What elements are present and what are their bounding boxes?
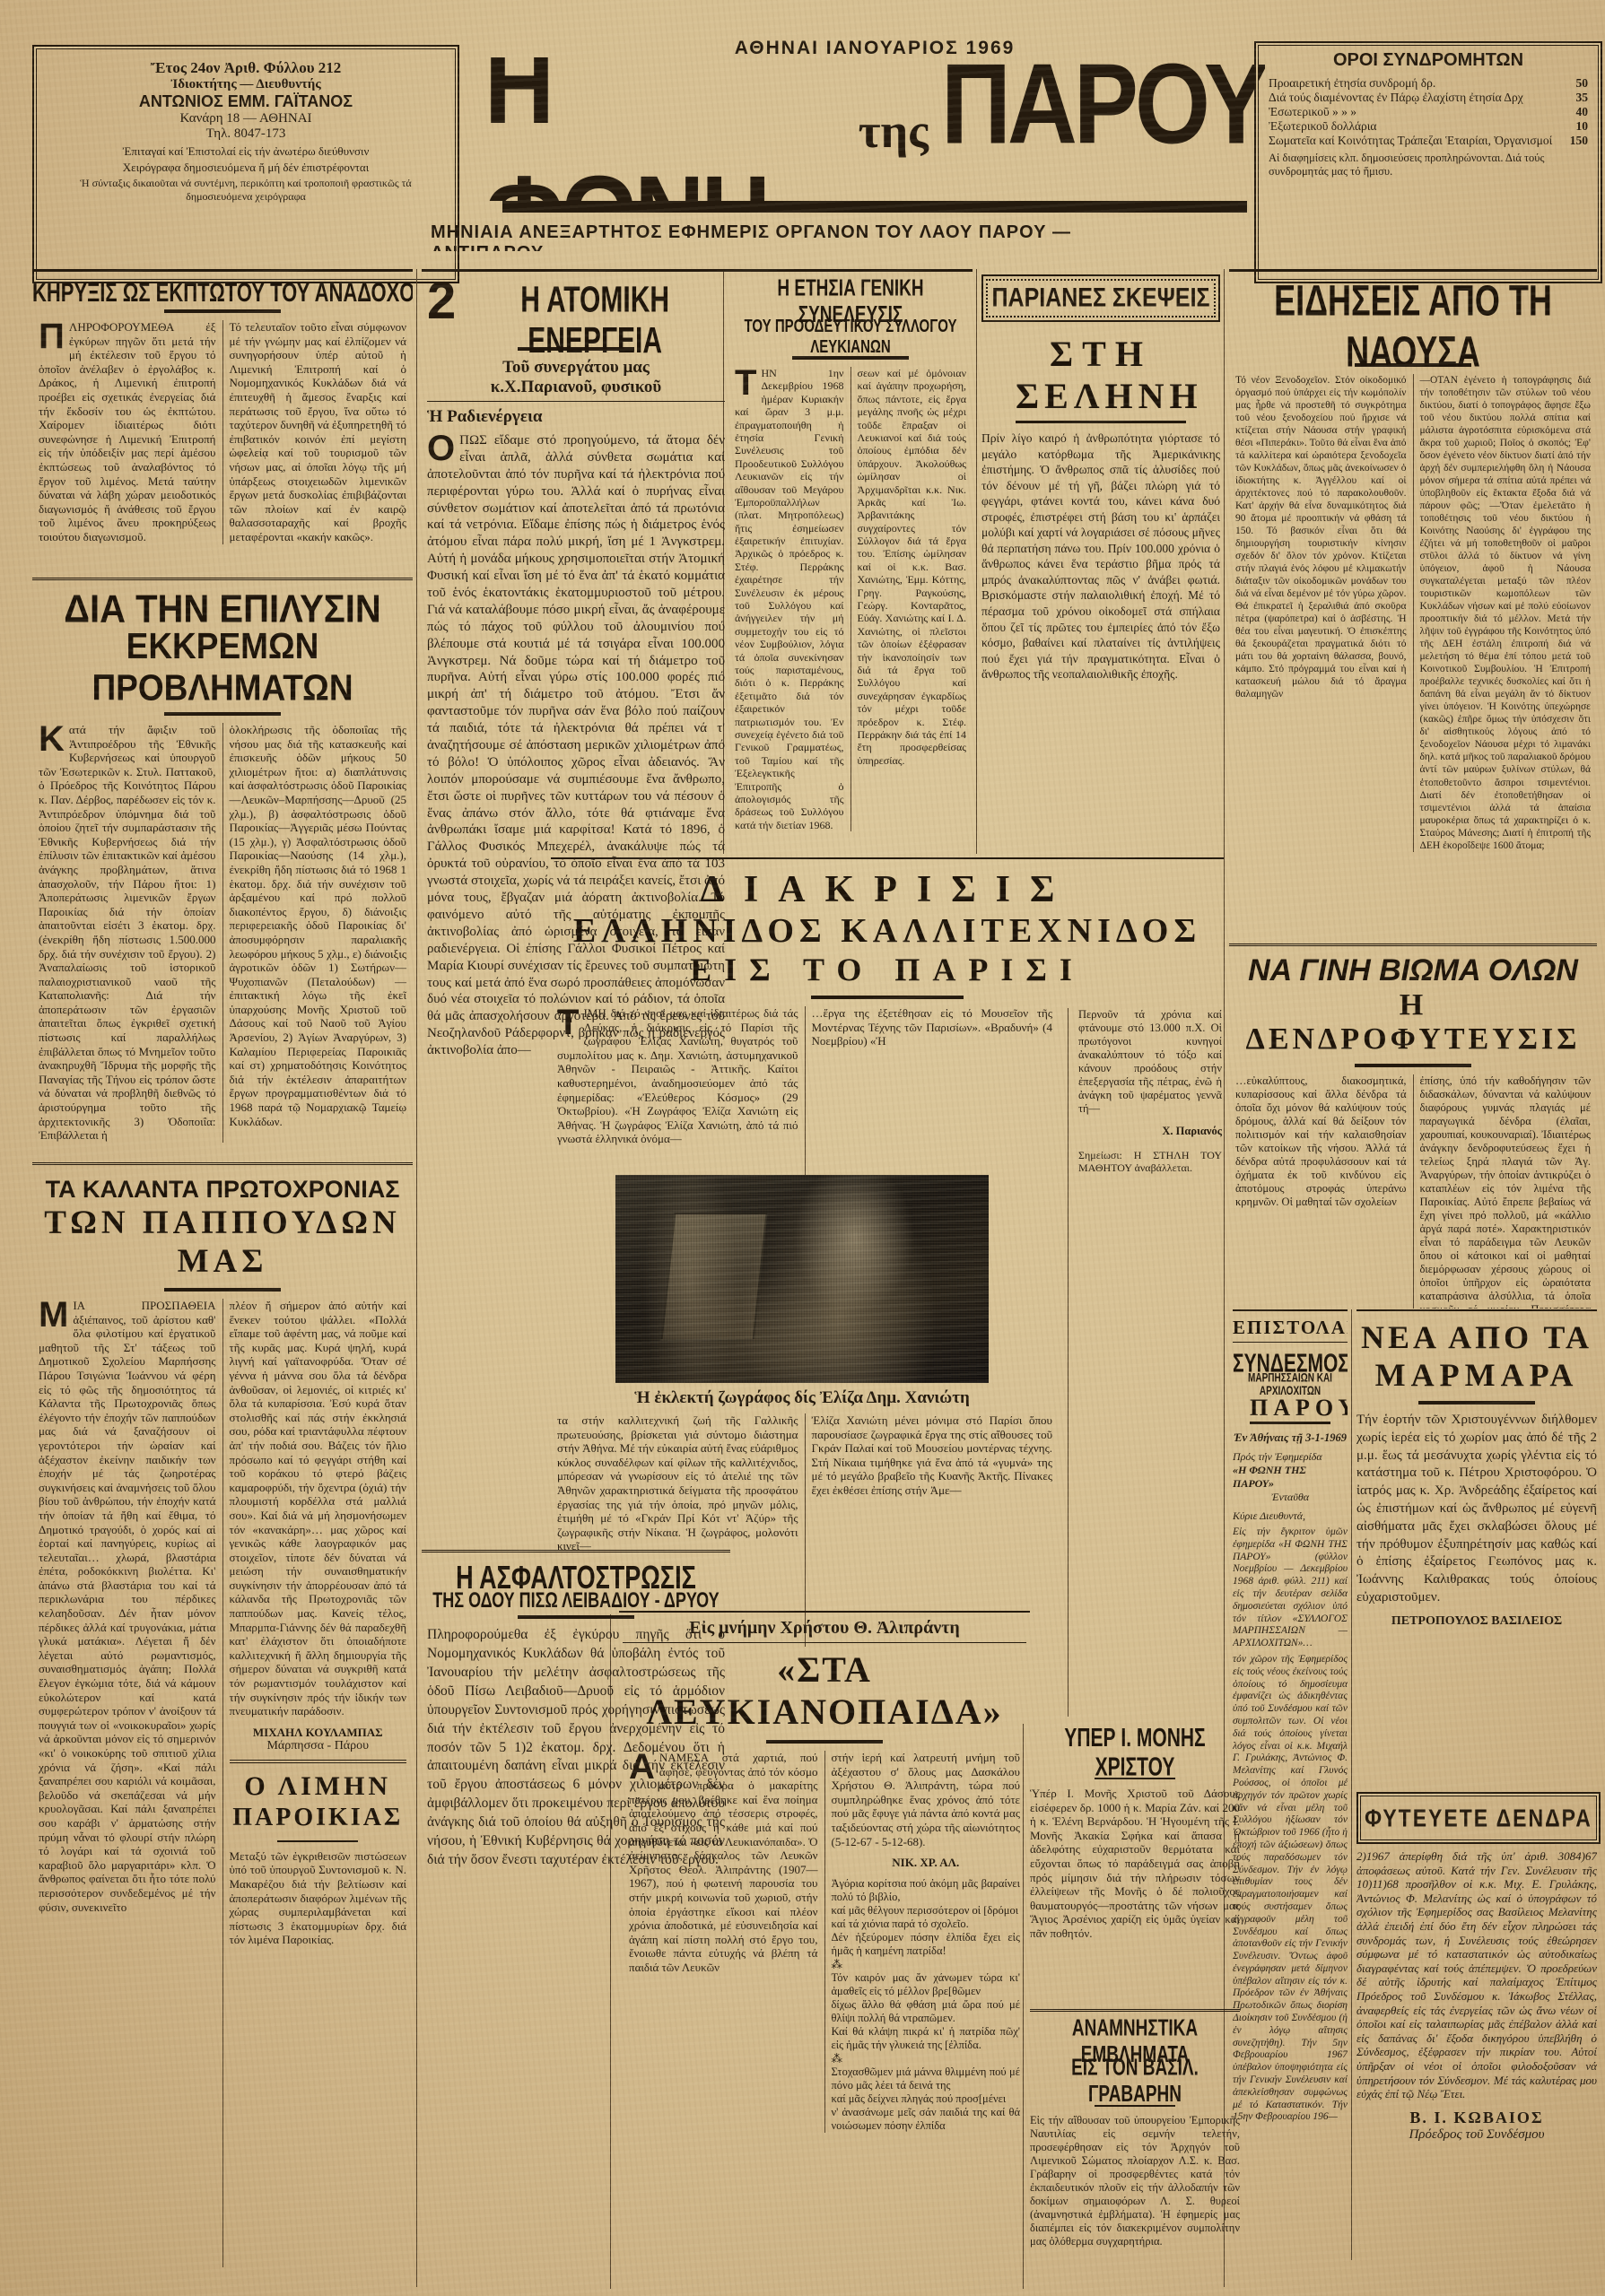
masthead-subtitle: ΜΗΝΙΑΙΑ ΑΝΕΞΑΡΤΗΤΟΣ ΕΦΗΜΕΡΙΣ ΟΡΓΑΝΟΝ ΤΟΥ…: [431, 222, 1071, 251]
photo-caption: Ἡ ἐκλεκτή ζωγράφος δίς Ἐλίζα Δημ. Χανιώτ…: [551, 1388, 1053, 1408]
note-text: Εἰς τήν αἴθουσαν τοῦ ὑπουργείου Ἐμπορικῆ…: [1030, 2114, 1240, 2248]
byline-line2: κ.Χ.Παριανοῦ, φυσικοῦ: [427, 378, 725, 402]
manuscripts-note: Χειρόγραφα δημοσιευόμενα ἤ μή δέν ἐπιστρ…: [47, 161, 445, 175]
column-moon-continuation: Περνοῦν τά χρόνια καί φτάνουμε στό 13.00…: [1075, 1008, 1226, 1718]
letter-addr1: Πρός τήν Ἐφημερίδα: [1233, 1450, 1348, 1464]
mail-note: Ἐπιταγαί καί Ἐπιστολαί εἰς τήν ἀνωτέρω δ…: [47, 144, 445, 159]
letter-signature-title: Πρόεδρος τοῦ Συνδέσμου: [1356, 2127, 1597, 2143]
editing-note: Ἡ σύνταξις δικαιοῦται νά συντέμνη, περικ…: [47, 177, 445, 204]
subscription-terms-box: ΟΡΟΙ ΣΥΝΔΡΟΜΗΤΩΝ Προαιρετική ἐτησία συνδ…: [1254, 41, 1602, 283]
artist-photo: [615, 1175, 989, 1383]
article-leukes-assembly: Η ΕΤΗΣΙΑ ΓΕΝΙΚΗ ΣΥΝΕΛΕΥΣΙΣ ΤΟΥ ΠΡΟΟΔΕΥΤΙ…: [728, 269, 973, 857]
article-text-col2: Τό τελευταῖον τοῦτο εἶναι σύμφωνον μέ τή…: [222, 320, 414, 544]
owner-name: ΑΝΤΩΝΙΟΣ ΕΜΜ. ΓΑΪΤΑΝΟΣ: [47, 92, 445, 111]
address: Κανάρη 18 — ΑΘΗΝΑΙ: [47, 111, 445, 126]
author-signature: Χ. Παριανός: [1078, 1125, 1222, 1138]
note-commemorative-emblems: ΑΝΑΜΝΗΣΤΙΚΑ ΕΜΒΛΗΜΑΤΑ ΕΙΣ ΤΟΝ ΒΑΣΙΛ. ΓΡΑ…: [1030, 2009, 1240, 2292]
note-monastery-donations: ΥΠΕΡ Ι. ΜΟΝΗΣ ΧΡΙΣΤΟΥ Ὑπέρ Ι. Μονῆς Χρισ…: [1030, 1724, 1240, 2005]
article-text-col2: ὁλοκλήρωσις τῆς ὁδοποιΐας τῆς νήσου μας …: [222, 723, 414, 1143]
article-headline-line1: ΤΑ ΚΑΛΑΝΤΑ ΠΡΩΤΟΧΡΟΝΙΑΣ: [32, 1176, 413, 1204]
continuation-text: Περνοῦν τά χρόνια καί φτάνουμε στό 13.00…: [1078, 1008, 1222, 1116]
piece-text: Πρίν λίγο καιρό ἡ ἀνθρωπότητα γιόρτασε τ…: [981, 430, 1220, 683]
letter-addr3: Ἐνταῦθα: [1233, 1491, 1348, 1504]
masthead-title-a: Η ΦΩΝΗ: [484, 57, 846, 201]
section-divider: [230, 1760, 407, 1763]
article-headline-line3: ΕΙΣ ΤΟ ΠΑΡΙΣΙ: [551, 951, 1224, 988]
letter-dateline: Ἐν Ἀθήναις τῇ 3-1-1969: [1233, 1431, 1348, 1445]
article-text-col2: —ΟΤΑΝ ἐγένετο ἡ τοπογράφησις διά τήν τοπ…: [1413, 374, 1598, 852]
article-text-col1: …εὐκαλύπτους, διακοσμητικά, κυπαρίσσους …: [1229, 1074, 1413, 1309]
article-text-col1: Κατά τήν ἄφιξιν τοῦ Ἀντιπροέδρου τῆς Ἐθν…: [32, 723, 222, 1143]
article-text-col1: ΤΙΜΗ διά τό νησί μας καί ἰδιαιτέρως διά …: [551, 1006, 805, 1175]
article-headline-line2: Η ΔΕΝΔΡΟΦΥΤΕΥΣΙΣ: [1229, 988, 1597, 1057]
article-headline: Η ΑΤΟΜΙΚΗ ΕΝΕΡΓΕΙΑ: [465, 280, 725, 362]
masthead-title-mid: της: [859, 103, 929, 159]
series-number: 2: [427, 275, 456, 327]
piece-headline-line2: ΣΕΛΗΝΗ: [1016, 375, 1186, 423]
article-marmara-news: ΝΕΑ ΑΠΟ ΤΑ ΜΑΡΜΑΡΑ Τήν ἑορτήν τῶν Χριστο…: [1356, 1309, 1597, 1787]
letters-header: ΕΠΙΣΤΟΛΑΙ: [1233, 1317, 1348, 1343]
correspondent-signature: ΠΕΤΡΟΠΟΥΛΟΣ ΒΑΣΙΛΕΙΟΣ: [1356, 1614, 1597, 1629]
note-headline-line2: ΕΙΣ ΤΟΝ ΒΑΣΙΛ. ΓΡΑΒΑΡΗΝ: [1030, 2056, 1240, 2109]
article-tree-planting: ΝΑ ΓΙΝΗ ΒΙΩΜΑ ΟΛΩΝ Η ΔΕΝΔΡΟΦΥΤΕΥΣΙΣ …εὐκ…: [1229, 944, 1597, 1309]
terms-row: Ἐξωτερικοῦ δολλάρια10: [1269, 119, 1588, 134]
easel-shape: [661, 1213, 768, 1341]
article-headline: «ΣΤΑ ΛΕΥΚΙΑΝΟΠΑΙΔΑ»: [623, 1648, 1026, 1733]
letter-addr2: «Η ΦΩΝΗ ΤΗΣ ΠΑΡΟΥ»: [1233, 1464, 1348, 1491]
article-text-col1: ΜΙΑ ΠΡΟΣΠΑΘΕΙΑ ἀξιέπαινος, τοῦ ἀρίστου κ…: [32, 1299, 222, 2267]
harbor-note-headline-line2: ΠΑΡΟΙΚΙΑΣ: [230, 1803, 407, 1833]
article-headline-line2: ΕΛΛΗΝΙΔΟΣ ΚΑΛΛΙΤΕΧΝΙΔΟΣ: [551, 911, 1224, 951]
article-headline-line2: ΕΚΚΡΕΜΩΝ ΠΡΟΒΛΗΜΑΤΩΝ: [32, 626, 413, 709]
note-headline: ΥΠΕΡ Ι. ΜΟΝΗΣ ΧΡΙΣΤΟΥ: [1030, 1725, 1240, 1783]
article-headline: ΚΗΡΥΞΙΣ ΩΣ ΕΚΠΤΩΤΟΥ ΤΟΥ ΑΝΑΔΟΧΟΥ ΤΟΥ ΛΙΜ…: [32, 277, 413, 309]
harbor-note-text: Μεταξύ τῶν ἐγκριθεισῶν πιστώσεων ὑπό τοῦ…: [230, 1849, 407, 1947]
harbor-note-headline-line1: Ο ΛΙΜΗΝ: [230, 1770, 407, 1803]
letter-org-line2: ΜΑΡΠΗΣΣΑΙΩΝ ΚΑΙ ΑΡΧΙΛΟΧΙΤΩΝ: [1233, 1371, 1348, 1398]
article-headline-line2: ΤΩΝ ΠΑΠΠΟΥΔΩΝ ΜΑΣ: [32, 1204, 413, 1281]
column-title: ΠΑΡΙΑΝΕΣ ΣΚΕΨΕΙΣ: [991, 283, 1209, 314]
letters-column: ΕΠΙΣΤΟΛΑΙ ΣΥΝΔΕΣΜΟΣ ΜΑΡΠΗΣΣΑΙΩΝ ΚΑΙ ΑΡΧΙ…: [1233, 1309, 1348, 2291]
dateline: ΑΘΗΝΑΙ ΙΑΝΟΥΑΡΙΟΣ 1969: [735, 38, 1016, 58]
signature-place: Μάρπησσα - Πάρου: [230, 1739, 407, 1754]
article-headline: ΕΙΔΗΣΕΙΣ ΑΠΟ ΤΗ ΝΑΟΥΣΑ: [1229, 275, 1597, 377]
article-headline-line1: ΔΙΑΚΡΙΣΙΣ: [551, 868, 1224, 911]
plant-trees-banner: ΦΥΤΕΥΕΤΕ ΔΕΝΔΡΑ: [1356, 1792, 1601, 1844]
article-text-col2: στήν ἱερή καί λατρευτή μνήμη τοῦ ἀξέχαστ…: [824, 1751, 1027, 2133]
banner-text: ΦΥΤΕΥΕΤΕ ΔΕΝΔΡΑ: [1365, 1804, 1592, 1832]
letter-text-part1: Εἰς τήν ἔγκριτον ὑμῶν ἐφημερίδα «Η ΦΩΝΗ …: [1233, 1526, 1348, 1650]
issue-number: Ἔτος 24ον Ἀριθ. Φύλλου 212: [47, 59, 445, 77]
terms-row: Σωματεῖα καί Κοινότητας Τράπεζαι Ἑταιρία…: [1269, 134, 1588, 148]
article-text-col1: ΤΗΝ 1ην Δεκεμβρίου 1968 ἡμέραν Κυριακήν …: [728, 367, 850, 831]
column-divider: [1351, 1309, 1352, 2260]
terms-row: Ἐσωτερικοῦ » » »40: [1269, 105, 1588, 119]
signature-name: ΜΙΧΑΗΛ ΚΟΥΛΑΜΠΑΣ: [230, 1726, 407, 1740]
phone: Τηλ. 8047-173: [47, 126, 445, 142]
note-text: Ὑπέρ Ι. Μονῆς Χριστοῦ τοῦ Δάσους εἰσέφερ…: [1030, 1787, 1240, 1941]
article-text-col2: …ἔργα της ἐξετέθησαν εἰς τό Μουσεῖον τῆς…: [805, 1006, 1060, 1175]
article-new-year-carols: ΤΑ ΚΑΛΑΝΤΑ ΠΡΩΤΟΧΡΟΝΙΑΣ ΤΩΝ ΠΑΠΠΟΥΔΩΝ ΜΑ…: [32, 1162, 413, 2290]
memorial-signature: ΝΙΚ. ΧΡ. ΑΛ.: [832, 1856, 1021, 1870]
article-text-col1: ΑΝΑΜΕΣΑ στά χαρτιά, πού ἄφησε, φεύγοντας…: [623, 1751, 824, 2133]
memorial-kicker: Εἰς μνήμην Χρήστου Θ. Ἀλιπράντη: [623, 1618, 1026, 1643]
memorial-poem: Ἀγόρια κορίτσια πού ἀκόμη μᾶς βαραίνει π…: [832, 1877, 1021, 2133]
letter-continuation-column: 2)1967 ἀπερίφθη διά τῆς ὑπ' ἀριθ. 3084)6…: [1356, 1849, 1597, 2271]
masthead-title-b: ΠΑΡΟΥ: [941, 57, 1265, 170]
parian-thoughts-box: ΠΑΡΙΑΝΕΣ ΣΚΕΨΕΙΣ: [981, 274, 1220, 322]
article-text: Τήν ἑορτήν τῶν Χριστουγέννων διήλθομεν χ…: [1356, 1412, 1597, 1607]
terms-row: Διά τούς διαμένοντας ἐν Πάρῳ ἐλαχίστη ἐτ…: [1269, 91, 1588, 105]
article-headline-line2: ΤΟΥ ΠΡΟΟΔΕΥΤΙΚΟΥ ΣΥΛΛΟΓΟΥ ΛΕΥΚΙΑΝΩΝ: [728, 317, 973, 358]
article-text-col1: ΠΛΗΡΟΦΟΡΟΥΜΕΘΑ ἐξ ἐγκύρων πηγῶν ὅτι μετά…: [32, 320, 222, 544]
article-headline-line1: ΝΕΑ ΑΠΟ ΤΑ: [1356, 1318, 1597, 1356]
letter-text-part2: τόν χῶρον τῆς Ἐφημερίδος εἰς τούς νέους …: [1233, 1654, 1348, 2124]
letter-signature-name: Β. Ι. ΚΩΒΑΙΟΣ: [1356, 2109, 1597, 2127]
article-headline-line2: ΜΑΡΜΑΡΑ: [1356, 1356, 1597, 1394]
column-parian-thoughts: ΠΑΡΙΑΝΕΣ ΣΚΕΨΕΙΣ ΣΤΗ ΣΕΛΗΝΗ Πρίν λίγο κα…: [981, 274, 1220, 856]
piece-headline-line1: ΣΤΗ: [981, 333, 1220, 375]
article-text-col2: ἐπίσης, ὑπό τήν καθοδήγησιν τῶν διδασκάλ…: [1413, 1074, 1598, 1309]
terms-note: Αἱ διαφημίσεις κλπ. δημοσιεύσεις προπληρ…: [1269, 152, 1588, 178]
column-divider: [976, 269, 977, 854]
letter-salutation: Κύριε Διευθυντά,: [1233, 1509, 1348, 1523]
article-pending-problems: ΔΙΑ ΤΗΝ ΕΠΙΛΥΣΙΝ ΕΚΚΡΕΜΩΝ ΠΡΟΒΛΗΜΑΤΩΝ Κα…: [32, 578, 413, 1161]
column-divider: [416, 269, 417, 2287]
masthead: Η ΦΩΝΗ της ΠΑΡΟΥ: [484, 57, 1265, 201]
terms-title: ΟΡΟΙ ΣΥΝΔΡΟΜΗΤΩΝ: [1269, 50, 1588, 71]
owner-label: Ἰδιοκτήτης — Διευθυντής: [47, 77, 445, 92]
article-harbor-contractor: ΚΗΡΥΞΙΣ ΩΣ ΕΚΠΤΩΤΟΥ ΤΟΥ ΑΝΑΔΟΧΟΥ ΤΟΥ ΛΙΜ…: [32, 269, 413, 577]
article-leukianopaida: Εἰς μνήμην Χρήστου Θ. Ἀλιπράντη «ΣΤΑ ΛΕΥ…: [619, 1611, 1030, 2296]
newspaper-page: Ἔτος 24ον Ἀριθ. Φύλλου 212 Ἰδιοκτήτης — …: [0, 0, 1605, 2296]
article-text-col2: πλέον ἤ σήμερον ἀπό αὐτήν καί ἕνεκεν τού…: [222, 1299, 414, 2267]
letter-org-line3: ΠΑΡΟΥ: [1250, 1395, 1330, 1424]
letter-text-part3: 2)1967 ἀπερίφθη διά τῆς ὑπ' ἀριθ. 3084)6…: [1356, 1849, 1597, 2101]
editor-note: Σημείωσι: Η ΣΤΗΛΗ ΤΟΥ ΜΑΘΗΤΟΥ ἀναβάλλετα…: [1078, 1149, 1222, 1175]
terms-row: Προαιρετική ἐτησία συνδρομή δρ.50: [1269, 76, 1588, 91]
masthead-rule: [502, 201, 1247, 213]
article-text-col2: σεων καί μέ ὁμόνοιαν καί ἀγάπην προχωρήσ…: [850, 367, 973, 831]
article-naoussa-news: ΕΙΔΗΣΕΙΣ ΑΠΟ ΤΗ ΝΑΟΥΣΑ Τό νέον Ξενοδοχεῖ…: [1229, 269, 1597, 943]
article-headline-line1: ΝΑ ΓΙΝΗ ΒΙΩΜΑ ΟΛΩΝ: [1229, 953, 1597, 988]
section-heading: Ἡ Ραδιενέργεια: [427, 407, 725, 427]
article-text-col1: Τό νέον Ξενοδοχεῖον. Στόν οἰκοδομικό ὀργ…: [1229, 374, 1413, 852]
publisher-info-box: Ἔτος 24ον Ἀριθ. Φύλλου 212 Ἰδιοκτήτης — …: [32, 45, 459, 283]
